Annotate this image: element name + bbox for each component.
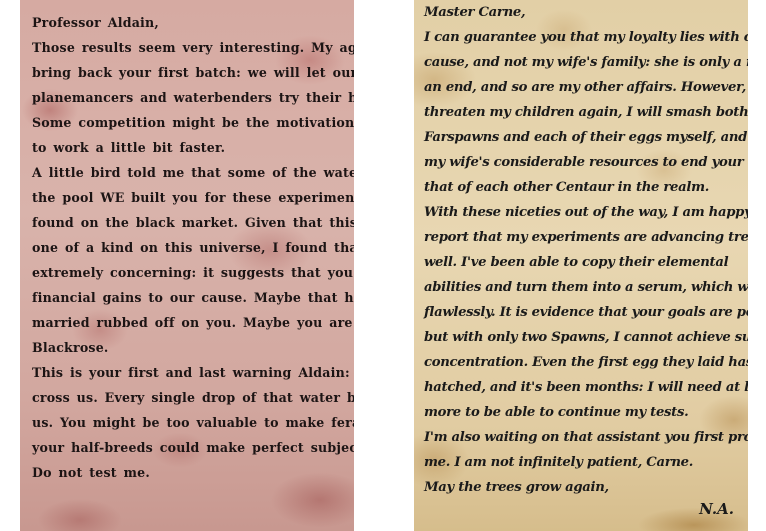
closing-line: May the trees grow again,	[424, 475, 742, 500]
letter-line: A little bird told me that some of the w…	[32, 160, 344, 185]
letter-line: to work a little bit faster.	[32, 135, 344, 160]
signature: N.A.	[699, 500, 734, 518]
letter-line: an end, and so are my other affairs. How…	[424, 75, 742, 100]
letter-line: Those results seem very interesting. My …	[32, 35, 344, 60]
letter-line: I can guarantee you that my loyalty lies…	[424, 25, 742, 50]
letter-line: more to be able to continue my tests.	[424, 400, 742, 425]
letter-master-carne: Master Carne, I can guarantee you that m…	[414, 0, 748, 531]
salutation: Master Carne,	[424, 0, 742, 25]
letter-body-script: Master Carne, I can guarantee you that m…	[414, 0, 748, 500]
letter-line: abilities and turn them into a serum, wh…	[424, 275, 742, 300]
letter-line: Blackrose.	[32, 335, 344, 360]
letter-line: married rubbed off on you. Maybe you are…	[32, 310, 344, 335]
letter-line: Farspawns and each of their eggs myself,…	[424, 125, 742, 150]
letter-line: I'm also waiting on that assistant you f…	[424, 425, 742, 450]
letter-line: but with only two Spawns, I cannot achie…	[424, 325, 742, 350]
letter-line: us. You might be too valuable to make fe…	[32, 410, 344, 435]
letter-line: financial gains to our cause. Maybe that…	[32, 285, 344, 310]
letter-body-gothic: Professor Aldain, Those results seem ver…	[20, 0, 354, 485]
letter-line: found on the black market. Given that th…	[32, 210, 344, 235]
letter-line: threaten my children again, I will smash…	[424, 100, 742, 125]
letter-line: Some competition might be the motivation…	[32, 110, 344, 135]
letter-line: concentration. Even the first egg they l…	[424, 350, 742, 375]
letter-line: that of each other Centaur in the realm.	[424, 175, 742, 200]
letter-line: cause, and not my wife's family: she is …	[424, 50, 742, 75]
letter-line: planemancers and waterbenders try their …	[32, 85, 344, 110]
letter-line: my wife's considerable resources to end …	[424, 150, 742, 175]
letter-line: bring back your first batch: we will let…	[32, 60, 344, 85]
letter-line: one of a kind on this universe, I found …	[32, 235, 344, 260]
letter-line: hatched, and it's been months: I will ne…	[424, 375, 742, 400]
letter-line: your half-breeds could make perfect subj…	[32, 435, 344, 460]
letter-line: the pool WE built you for these experime…	[32, 185, 344, 210]
letter-line: flawlessly. It is evidence that your goa…	[424, 300, 742, 325]
letter-line: report that my experiments are advancing…	[424, 225, 742, 250]
letter-line: me. I am not infinitely patient, Carne.	[424, 450, 742, 475]
letter-line: With these niceties out of the way, I am…	[424, 200, 742, 225]
letter-professor-aldain: Professor Aldain, Those results seem ver…	[20, 0, 354, 531]
closing-line: Do not test me.	[32, 460, 344, 485]
letter-line: cross us. Every single drop of that wate…	[32, 385, 344, 410]
letter-line: well. I've been able to copy their eleme…	[424, 250, 742, 275]
salutation: Professor Aldain,	[32, 10, 344, 35]
letter-line: extremely concerning: it suggests that y…	[32, 260, 344, 285]
letter-line: This is your first and last warning Alda…	[32, 360, 344, 385]
